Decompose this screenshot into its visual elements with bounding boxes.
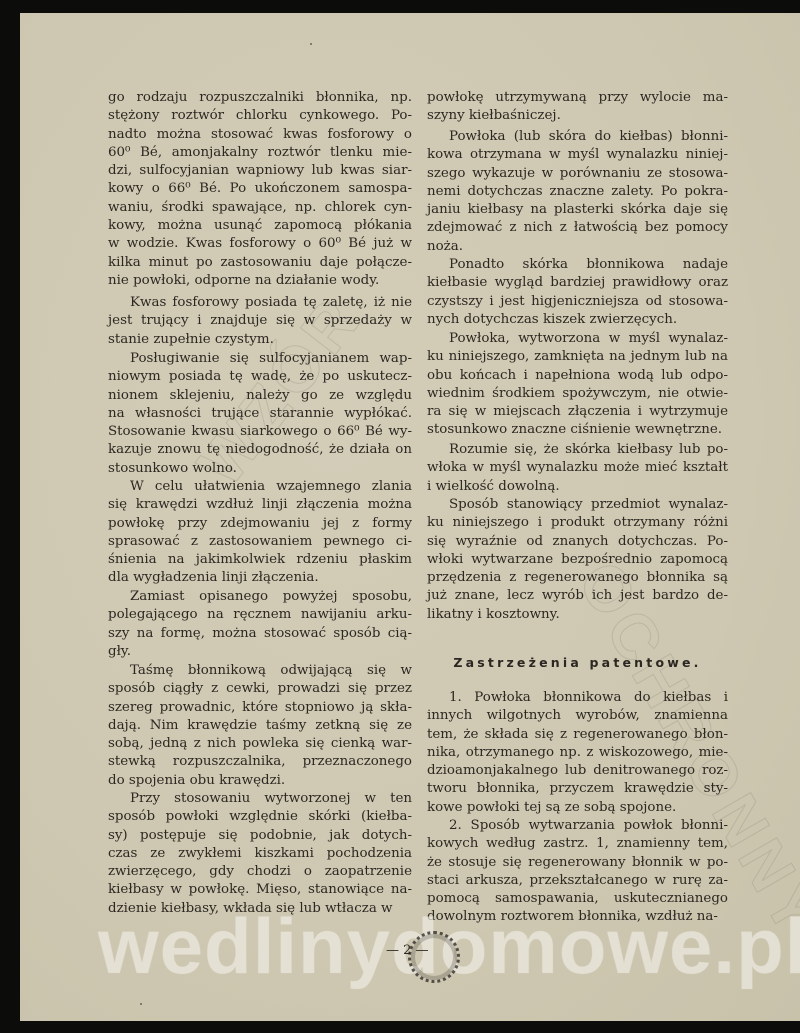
text-line: Taśmę błonnikową odwijającą się w xyxy=(108,662,412,680)
text-line: i wielkość dowolną. xyxy=(427,478,728,496)
paper-speck xyxy=(310,43,312,45)
text-line: przędzenia z regenerowanego błonnika są xyxy=(427,569,728,587)
text-line: dla wygładzenia linji złączenia. xyxy=(108,569,412,587)
paragraph: W celu ułatwienia wzajemnego zlaniasię k… xyxy=(108,478,412,588)
text-line: się krawędzi wzdłuż linji złączenia możn… xyxy=(108,496,412,514)
text-line: ra się w miejscach złączenia i wytrzymuj… xyxy=(427,403,728,421)
text-line: Kwas fosforowy posiada tę zaletę, iż nie xyxy=(108,294,412,312)
paragraph: Ponadto skórka błonnikowa nadajekiełbasi… xyxy=(427,256,728,329)
text-line: zdejmować z nich z łatwością bez pomocy xyxy=(427,219,728,237)
text-line: sy) postępuje się podobnie, jak dotych- xyxy=(108,827,412,845)
text-line: Powłoka (lub skóra do kiełbas) błonni- xyxy=(427,128,728,146)
text-line: jest trujący i znajduje się w sprzedaży … xyxy=(108,312,412,330)
text-line: nych dotychczas kiszek zwierzęcych. xyxy=(427,311,728,329)
text-line: kowe powłoki tej są ze sobą spojone. xyxy=(427,799,728,817)
text-line: kiełbasy w powłokę. Mięso, stanowiące na… xyxy=(108,881,412,899)
paragraph: Kwas fosforowy posiada tę zaletę, iż nie… xyxy=(108,294,412,349)
text-line: szy na formę, można stosować sposób cią- xyxy=(108,625,412,643)
text-line: ku niniejszego i produkt otrzymany różni xyxy=(427,514,728,532)
text-line: W celu ułatwienia wzajemnego zlania xyxy=(108,478,412,496)
text-line: sprasować z zastosowaniem pewnego ci- xyxy=(108,533,412,551)
text-line: że stosuje się regenerowany błonnik w po… xyxy=(427,854,728,872)
text-line: szyny kiełbaśniczej. xyxy=(427,107,728,125)
text-line: obu końcach i napełniona wodą lub odpo- xyxy=(427,367,728,385)
text-line: wiednim środkiem spożywczym, nie otwie- xyxy=(427,385,728,403)
text-line: dzi, sulfocyjanian wapniowy lub kwas sia… xyxy=(108,162,412,180)
paragraph: Powłoka (lub skóra do kiełbas) błonni-ko… xyxy=(427,128,728,256)
text-line: kilka minut po zastosowaniu daje połącze… xyxy=(108,254,412,272)
paragraph: powłokę utrzymywaną przy wylocie ma-szyn… xyxy=(427,89,728,126)
text-line: innych wilgotnych wyrobów, znamienna xyxy=(427,707,728,725)
text-line: tem, że składa się z regenerowanego błon… xyxy=(427,726,728,744)
text-line: kowych według zastrz. 1, znamienny tem, xyxy=(427,835,728,853)
text-line: w wodzie. Kwas fosforowy o 60⁰ Bé już w xyxy=(108,235,412,253)
page-number: — 2 — xyxy=(386,943,429,958)
paragraph: Powłoka, wytworzona w myśl wynalaz-ku ni… xyxy=(427,330,728,440)
text-line: Powłoka, wytworzona w myśl wynalaz- xyxy=(427,330,728,348)
text-line: kazuje znowu tę niedogodność, że działa … xyxy=(108,441,412,459)
text-line: sobą, jedną z nich powleka się cienką wa… xyxy=(108,735,412,753)
text-line: go rodzaju rozpuszczalniki błonnika, np. xyxy=(108,89,412,107)
text-line: powłokę przy zdejmowaniu jej z formy xyxy=(108,515,412,533)
paragraph: Posługiwanie się sulfocyjanianem wap-nio… xyxy=(108,350,412,478)
text-line: gły. xyxy=(108,643,412,661)
paragraph: Przy stosowaniu wytworzonej w tensposób … xyxy=(108,790,412,918)
text-line: niowym posiada tę wadę, że po uskutecz- xyxy=(108,368,412,386)
claims-heading: Zastrzeżenia patentowe. xyxy=(427,655,728,670)
text-line: nadto można stosować kwas fosforowy o xyxy=(108,126,412,144)
text-line: staci arkusza, przekształcanego w rurę z… xyxy=(427,872,728,890)
text-line: nie powłoki, odporne na działanie wody. xyxy=(108,272,412,290)
left-column: go rodzaju rozpuszczalniki błonnika, np.… xyxy=(108,13,412,1013)
text-line: stosunkowo wolno. xyxy=(108,460,412,478)
text-line: włoka w myśl wynalazku może mieć kształt xyxy=(427,459,728,477)
text-line: sposób powłoki względnie skórki (kiełba- xyxy=(108,808,412,826)
paragraph: Rozumie się, że skórka kiełbasy lub po-w… xyxy=(427,441,728,496)
text-line: dają. Nim krawędzie taśmy zetkną się ze xyxy=(108,717,412,735)
paragraph: Sposób stanowiący przedmiot wynalaz-ku n… xyxy=(427,496,728,624)
text-line: czystszy i jest higjeniczniejsza od stos… xyxy=(427,293,728,311)
paper-speck xyxy=(140,1003,142,1005)
text-line: likatny i kosztowny. xyxy=(427,606,728,624)
text-line: stężony roztwór chlorku cynkowego. Po- xyxy=(108,107,412,125)
text-line: już znane, lecz wyrób ich jest bardzo de… xyxy=(427,587,728,605)
text-line: Stosowanie kwasu siarkowego o 66⁰ Bé wy- xyxy=(108,423,412,441)
text-line: nemi dotychczas znaczne zalety. Po pokra… xyxy=(427,183,728,201)
text-line: Ponadto skórka błonnikowa nadaje xyxy=(427,256,728,274)
text-line: stewką rozpuszczalnika, przeznaczonego xyxy=(108,753,412,771)
paper-speck xyxy=(720,223,722,225)
text-line: Zamiast opisanego powyżej sposobu, xyxy=(108,588,412,606)
text-line: śnienia na jakimkolwiek rdzeniu płaskim xyxy=(108,551,412,569)
text-line: szego wykazuje w porównaniu ze stosowa- xyxy=(427,165,728,183)
text-line: czas ze zwykłemi kiszkami pochodzenia xyxy=(108,845,412,863)
text-line: nika, otrzymanego np. z wiskozowego, mie… xyxy=(427,744,728,762)
text-line: noża. xyxy=(427,238,728,256)
text-line: Rozumie się, że skórka kiełbasy lub po- xyxy=(427,441,728,459)
text-line: szereg prowadnic, które stopniowo ją skł… xyxy=(108,699,412,717)
text-line: włoki wytwarzane bezpośrednio zapomocą xyxy=(427,551,728,569)
text-line: Posługiwanie się sulfocyjanianem wap- xyxy=(108,350,412,368)
text-line: tworu błonnika, przyczem krawędzie sty- xyxy=(427,780,728,798)
text-line: na własności trujące starannie wypłókać. xyxy=(108,405,412,423)
text-line: stosunkowo znaczne ciśnienie wewnętrzne. xyxy=(427,421,728,439)
paragraph: Taśmę błonnikową odwijającą się wsposób … xyxy=(108,662,412,790)
text-line: 2. Sposób wytwarzania powłok błonni- xyxy=(427,817,728,835)
text-line: nionem sklejeniu, należy go ze względu xyxy=(108,387,412,405)
paragraph: Zamiast opisanego powyżej sposobu,polega… xyxy=(108,588,412,661)
text-line: zwierzęcego, gdy chodzi o zaopatrzenie xyxy=(108,863,412,881)
text-line: kowy o 66⁰ Bé. Po ukończonem samospa- xyxy=(108,180,412,198)
text-line: waniu, środki spawające, np. chlorek cyn… xyxy=(108,199,412,217)
text-line: powłokę utrzymywaną przy wylocie ma- xyxy=(427,89,728,107)
text-line: Przy stosowaniu wytworzonej w ten xyxy=(108,790,412,808)
document-page: WZÓR OCHRONNY go rodzaju rozpuszczalniki… xyxy=(20,13,800,1021)
text-line: do spojenia obu krawędzi. xyxy=(108,772,412,790)
right-column: powłokę utrzymywaną przy wylocie ma-szyn… xyxy=(427,13,728,1013)
text-line: 1. Powłoka błonnikowa do kiełbas i xyxy=(427,689,728,707)
paragraph: go rodzaju rozpuszczalniki błonnika, np.… xyxy=(108,89,412,290)
text-line: 60⁰ Bé, amonjakalny roztwór tlenku mie- xyxy=(108,144,412,162)
text-line: się wyraźnie od znanych dotychczas. Po- xyxy=(427,533,728,551)
claim-paragraph: 1. Powłoka błonnikowa do kiełbas iinnych… xyxy=(427,689,728,817)
text-line: kowy, można usunąć zapomocą płókania xyxy=(108,217,412,235)
text-line: stanie zupełnie czystym. xyxy=(108,331,412,349)
text-line: sposób ciągły z cewki, prowadzi się prze… xyxy=(108,680,412,698)
text-line: janiu kiełbasy na plasterki skórka daje … xyxy=(427,201,728,219)
text-line: polegającego na ręcznem nawijaniu arku- xyxy=(108,606,412,624)
text-line: kiełbasie wygląd bardziej prawidłowy ora… xyxy=(427,274,728,292)
text-line: kowa otrzymana w myśl wynalazku niniej- xyxy=(427,146,728,164)
text-line: ku niniejszego, zamknięta na jednym lub … xyxy=(427,348,728,366)
text-line: Sposób stanowiący przedmiot wynalaz- xyxy=(427,496,728,514)
text-line: dzioamonjakalnego lub denitrowanego roz- xyxy=(427,762,728,780)
